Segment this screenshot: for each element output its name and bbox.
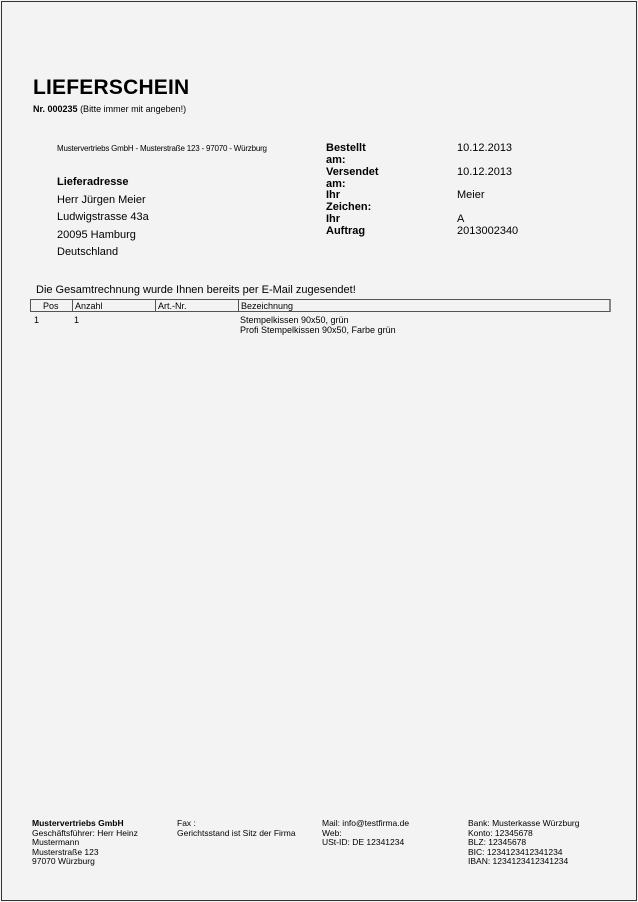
meta-value: Meier [457, 189, 485, 201]
document-title: LIEFERSCHEIN [33, 76, 189, 100]
address-line: Deutschland [57, 244, 149, 262]
footer-contact: Mail: info@testfirma.de Web: USt-ID: DE … [322, 819, 409, 848]
document-page: LIEFERSCHEIN Nr. 000235 (Bitte immer mit… [1, 1, 637, 901]
sender-line: Mustervertriebs GmbH - Musterstraße 123 … [57, 144, 267, 153]
item-name: Stempelkissen 90x50, grün [240, 315, 396, 325]
column-divider [155, 300, 156, 311]
footer-legal: Fax : Gerichtsstand ist Sitz der Firma [177, 819, 296, 838]
column-divider [238, 300, 239, 311]
table-row: 1 1 Stempelkissen 90x50, grün Profi Stem… [30, 312, 611, 334]
meta-label: Ihr Zeichen: [326, 189, 371, 213]
footer-line: USt-ID: DE 12341234 [322, 838, 409, 848]
header-artnr: Art.-Nr. [158, 301, 187, 312]
cell-pos: 1 [34, 315, 39, 325]
document-number-note: (Bitte immer mit angeben!) [80, 104, 186, 114]
column-divider [72, 300, 73, 311]
delivery-address: Lieferadresse Herr Jürgen Meier Ludwigst… [57, 174, 149, 262]
meta-label: Bestellt am: [326, 142, 366, 166]
footer-bank: Bank: Musterkasse Würzburg Konto: 123456… [468, 819, 579, 867]
footer-line: Gerichtsstand ist Sitz der Firma [177, 829, 296, 839]
header-pos: Pos [43, 301, 59, 312]
cell-anzahl: 1 [74, 315, 79, 325]
footer-company-name: Mustervertriebs GmbH [32, 818, 124, 828]
meta-label: Versendet am: [326, 166, 379, 190]
meta-label: Ihr Auftrag [326, 213, 365, 237]
meta-value: A 2013002340 [457, 213, 518, 237]
document-number-label: Nr. 000235 [33, 104, 78, 114]
invoice-notice: Die Gesamtrechnung wurde Ihnen bereits p… [36, 284, 356, 296]
footer-company: Mustervertriebs GmbH Geschäftsführer: He… [32, 819, 138, 867]
address-header: Lieferadresse [57, 174, 149, 192]
header-bezeichnung: Bezeichnung [241, 301, 293, 312]
item-description: Profi Stempelkissen 90x50, Farbe grün [240, 325, 396, 335]
address-line: 20095 Hamburg [57, 227, 149, 245]
footer-line: 97070 Würzburg [32, 857, 138, 867]
cell-bezeichnung: Stempelkissen 90x50, grün Profi Stempelk… [240, 315, 396, 335]
document-number: Nr. 000235 (Bitte immer mit angeben!) [33, 104, 186, 114]
items-table: Pos Anzahl Art.-Nr. Bezeichnung 1 1 Stem… [30, 299, 611, 334]
address-line: Herr Jürgen Meier [57, 192, 149, 210]
header-anzahl: Anzahl [75, 301, 103, 312]
footer-line: IBAN: 1234123412341234 [468, 857, 579, 867]
address-line: Ludwigstrasse 43a [57, 209, 149, 227]
meta-value: 10.12.2013 [457, 166, 512, 178]
table-header: Pos Anzahl Art.-Nr. Bezeichnung [30, 299, 611, 312]
meta-value: 10.12.2013 [457, 142, 512, 154]
